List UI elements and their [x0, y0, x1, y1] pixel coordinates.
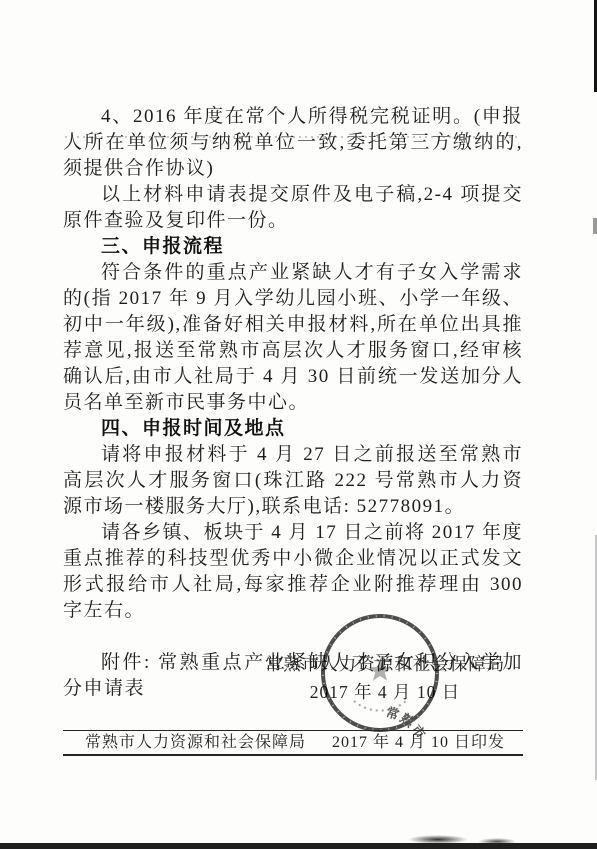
paragraph-materials-note: 以上材料申请表提交原件及电子稿,2-4 项提交原件查验及复印件一份。 — [63, 182, 523, 234]
paragraph-submission-deadline: 请将申报材料于 4 月 27 日之前报送至常熟市高层次人才服务窗口(珠江路 22… — [63, 442, 523, 520]
document-body: 4、2016 年度在常个人所得税完税证明。(申报人所在单位须与纳税单位一致,委托… — [63, 104, 523, 702]
paragraph-tax-certificate: 4、2016 年度在常个人所得税完税证明。(申报人所在单位须与纳税单位一致,委托… — [63, 104, 523, 182]
scanned-document-page: 4、2016 年度在常个人所得税完税证明。(申报人所在单位须与纳税单位一致,委托… — [0, 0, 597, 849]
paragraph-town-recommendation: 请各乡镇、板块于 4 月 17 日之前将 2017 年度重点推荐的科技型优秀中小… — [63, 520, 523, 624]
footer-issuer: 常熟市人力资源和社会保障局 — [85, 732, 306, 754]
footer: 常熟市人力资源和社会保障局 2017 年 4 月 10 日印发 — [63, 732, 523, 754]
official-seal-stamp: 常熟市人力资源和社会保障局 — [312, 605, 448, 741]
footer-rule-top — [63, 730, 523, 731]
footer-rule-bottom — [63, 754, 523, 756]
heading-time-location: 四、申报时间及地点 — [63, 416, 523, 442]
heading-application-process: 三、申报流程 — [63, 234, 523, 260]
scan-bleedthrough-artifact — [65, 136, 517, 138]
scan-edge-artifact-right-mid — [593, 218, 597, 234]
seal-star-icon — [369, 659, 392, 681]
footer-print-date: 2017 年 4 月 10 日印发 — [332, 732, 505, 754]
scan-smudge-artifact — [408, 835, 468, 844]
scan-smudge-artifact — [478, 838, 516, 845]
paragraph-process-detail: 符合条件的重点产业紧缺人才有子女入学需求的(指 2017 年 9 月入学幼儿园小… — [63, 260, 523, 416]
